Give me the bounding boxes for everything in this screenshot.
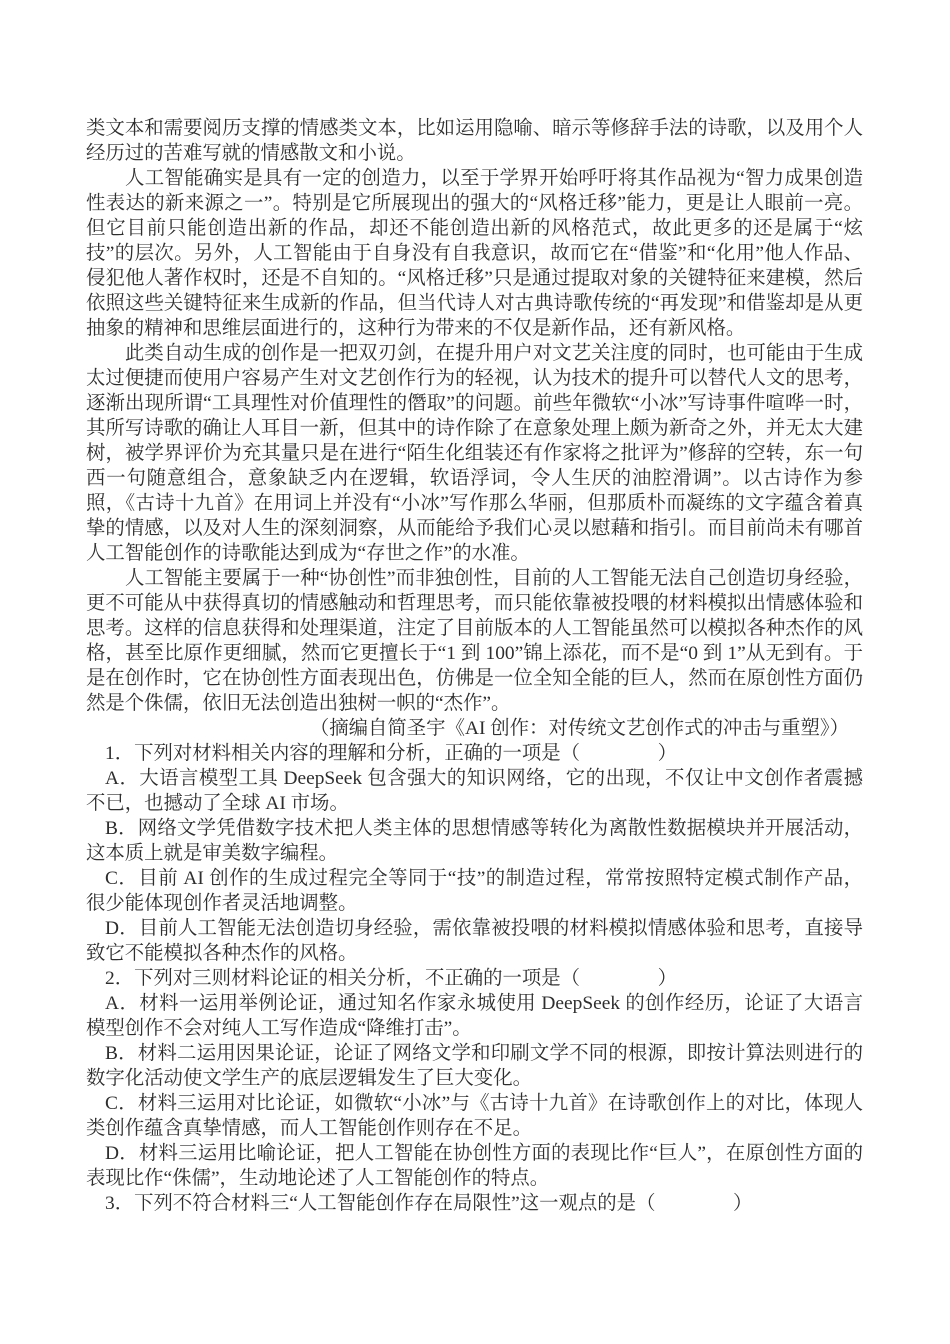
option-label: A． — [105, 768, 139, 789]
question-2-option-b: B．材料二运用因果论证，论证了网络文学和印刷文学不同的根源，即按计算法则进行的数… — [86, 1041, 863, 1091]
option-label: C． — [105, 868, 138, 889]
question-2-option-c: C．材料三运用对比论证，如微软“小冰”与《古诗十九首》在诗歌创作上的对比，体现人… — [86, 1091, 863, 1141]
passage-paragraph-continued: 类文本和需要阅历支撑的情感类文本，比如运用隐喻、暗示等修辞手法的诗歌，以及用个人… — [86, 116, 863, 166]
source-attribution: （摘编自简圣宇《AI 创作：对传统文艺创作式的冲击与重塑》） — [86, 716, 863, 741]
option-label: B． — [105, 1043, 138, 1064]
question-text: 下列对三则材料论证的相关分析，不正确的一项是（ ） — [134, 968, 677, 989]
passage-paragraph: 人工智能主要属于一种“协创性”而非独创性，目前的人工智能无法自己创造切身经验，更… — [86, 566, 863, 716]
exam-page: 类文本和需要阅历支撑的情感类文本，比如运用隐喻、暗示等修辞手法的诗歌，以及用个人… — [0, 0, 950, 1344]
question-2-option-d: D．材料三运用比喻论证，把人工智能在协创性方面的表现比作“巨人”，在原创性方面的… — [86, 1141, 863, 1191]
option-text: 目前人工智能无法创造切身经验，需依靠被投喂的材料模拟情感体验和思考，直接导致它不… — [86, 918, 863, 964]
question-text: 下列不符合材料三“人工智能创作存在局限性”这一观点的是（ ） — [134, 1193, 752, 1214]
option-text: 材料三运用比喻论证，把人工智能在协创性方面的表现比作“巨人”，在原创性方面的表现… — [86, 1143, 863, 1189]
option-text: 目前 AI 创作的生成过程完全等同于“技”的制造过程，常常按照特定模式制作产品，… — [86, 868, 863, 914]
question-1-option-d: D．目前人工智能无法创造切身经验，需依靠被投喂的材料模拟情感体验和思考，直接导致… — [86, 916, 863, 966]
question-number: 2． — [105, 968, 134, 989]
option-text: 材料一运用举例论证，通过知名作家永城使用 DeepSeek 的创作经历，论证了大… — [86, 993, 863, 1039]
question-2-stem: 2．下列对三则材料论证的相关分析，不正确的一项是（ ） — [86, 966, 863, 991]
option-label: D． — [105, 918, 139, 939]
question-number: 3． — [105, 1193, 134, 1214]
option-label: C． — [105, 1093, 138, 1114]
passage-paragraph: 人工智能确实是具有一定的创造力，以至于学界开始呼吁将其作品视为“智力成果创造性表… — [86, 166, 863, 341]
question-number: 1． — [105, 743, 134, 764]
question-1-option-b: B．网络文学凭借数字技术把人类主体的思想情感等转化为离散性数据模块并开展活动，这… — [86, 816, 863, 866]
option-text: 大语言模型工具 DeepSeek 包含强大的知识网络，它的出现，不仅让中文创作者… — [86, 768, 863, 814]
option-text: 材料三运用对比论证，如微软“小冰”与《古诗十九首》在诗歌创作上的对比，体现人类创… — [86, 1093, 863, 1139]
question-1-option-c: C．目前 AI 创作的生成过程完全等同于“技”的制造过程，常常按照特定模式制作产… — [86, 866, 863, 916]
text-column: 类文本和需要阅历支撑的情感类文本，比如运用隐喻、暗示等修辞手法的诗歌，以及用个人… — [86, 116, 863, 1216]
question-3-stem: 3．下列不符合材料三“人工智能创作存在局限性”这一观点的是（ ） — [86, 1191, 863, 1216]
option-label: B． — [105, 818, 138, 839]
option-text: 网络文学凭借数字技术把人类主体的思想情感等转化为离散性数据模块并开展活动，这本质… — [86, 818, 863, 864]
passage-paragraph: 此类自动生成的创作是一把双刃剑，在提升用户对文艺关注度的同时，也可能由于生成太过… — [86, 341, 863, 566]
question-2-option-a: A．材料一运用举例论证，通过知名作家永城使用 DeepSeek 的创作经历，论证… — [86, 991, 863, 1041]
question-text: 下列对材料相关内容的理解和分析，正确的一项是（ ） — [134, 743, 677, 764]
option-label: A． — [105, 993, 139, 1014]
option-label: D． — [105, 1143, 139, 1164]
question-1-option-a: A．大语言模型工具 DeepSeek 包含强大的知识网络，它的出现，不仅让中文创… — [86, 766, 863, 816]
option-text: 材料二运用因果论证，论证了网络文学和印刷文学不同的根源，即按计算法则进行的数字化… — [86, 1043, 863, 1089]
question-1-stem: 1．下列对材料相关内容的理解和分析，正确的一项是（ ） — [86, 741, 863, 766]
